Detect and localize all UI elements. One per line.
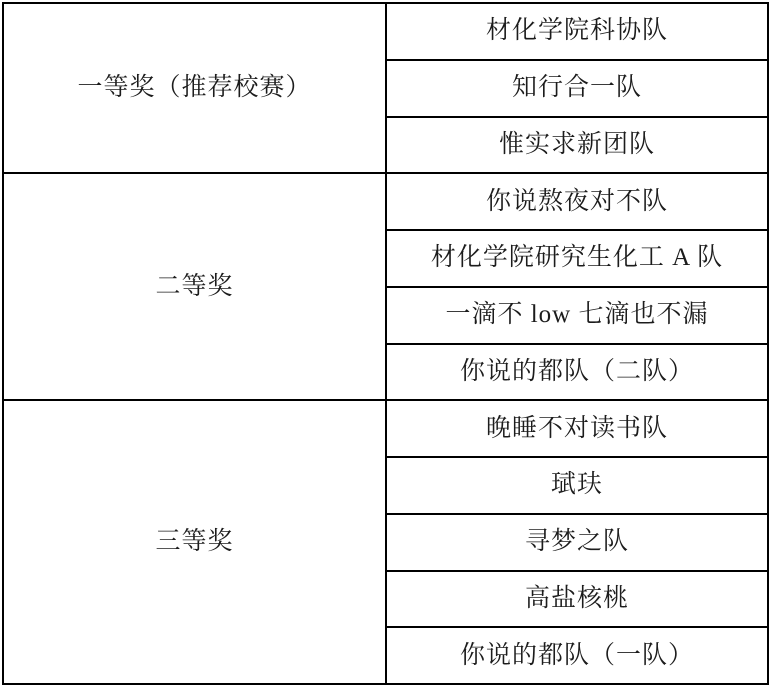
team-cell: 材化学院科协队	[386, 3, 768, 60]
team-cell: 你说的都队（二队）	[386, 344, 768, 401]
team-cell: 晚睡不对读书队	[386, 400, 768, 457]
awards-table-body: 一等奖（推荐校赛）材化学院科协队知行合一队惟实求新团队二等奖你说熬夜对不队材化学…	[3, 3, 768, 684]
team-cell: 知行合一队	[386, 60, 768, 117]
table-row: 一等奖（推荐校赛）材化学院科协队	[3, 3, 768, 60]
team-cell: 一滴不 low 七滴也不漏	[386, 287, 768, 344]
award-cell: 三等奖	[3, 400, 386, 684]
table-row: 三等奖晚睡不对读书队	[3, 400, 768, 457]
award-cell: 一等奖（推荐校赛）	[3, 3, 386, 173]
team-cell: 珷玞	[386, 457, 768, 514]
team-cell: 惟实求新团队	[386, 117, 768, 174]
team-cell: 材化学院研究生化工 A 队	[386, 230, 768, 287]
awards-table: 一等奖（推荐校赛）材化学院科协队知行合一队惟实求新团队二等奖你说熬夜对不队材化学…	[2, 2, 769, 685]
team-cell: 你说熬夜对不队	[386, 173, 768, 230]
team-cell: 你说的都队（一队）	[386, 627, 768, 684]
award-cell: 二等奖	[3, 173, 386, 400]
table-row: 二等奖你说熬夜对不队	[3, 173, 768, 230]
team-cell: 高盐核桃	[386, 571, 768, 628]
team-cell: 寻梦之队	[386, 514, 768, 571]
